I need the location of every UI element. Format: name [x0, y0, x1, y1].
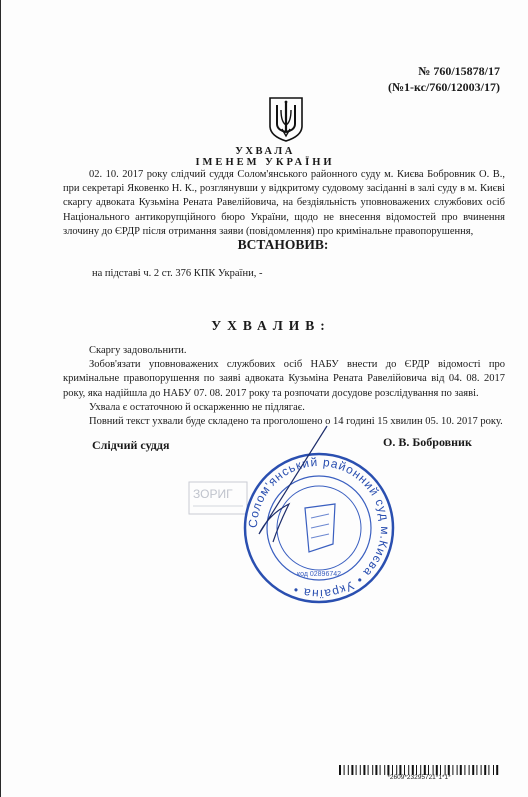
resolved-paragraph: Ухвала є остаточною й оскарженню не підл… — [63, 401, 505, 415]
resolved-paragraphs: Скаргу задовольнити. Зобов'язати уповнов… — [63, 344, 505, 429]
barcode-text: *2609*23295721*1*1* — [339, 774, 499, 781]
intro-paragraph: 02. 10. 2017 року слідчий суддя Солом'ян… — [63, 168, 505, 239]
court-decision-page: № 760/15878/17 (№1-кс/760/12003/17) УХВА… — [0, 0, 528, 797]
heading-decision: УХВАЛА — [1, 146, 528, 157]
trident-icon — [268, 96, 304, 142]
established-basis: на підставі ч. 2 ст. 376 КПК України, - — [92, 268, 262, 279]
signature-icon — [239, 424, 339, 544]
resolved-paragraph: Скаргу задовольнити. — [63, 344, 505, 358]
resolved-paragraph: Зобов'язати уповноважених службових осіб… — [63, 358, 505, 401]
case-numbers: № 760/15878/17 (№1-кс/760/12003/17) — [388, 63, 500, 95]
section-established-title: ВСТАНОВИВ: — [19, 237, 528, 253]
case-number: № 760/15878/17 — [388, 63, 500, 79]
signature-role: Слідчий суддя — [92, 438, 169, 453]
svg-text:ЗОРИГ: ЗОРИГ — [193, 487, 233, 501]
proceeding-number: (№1-кс/760/12003/17) — [388, 79, 500, 95]
svg-text:код 02896742: код 02896742 — [297, 571, 341, 578]
heading-in-name-of-ukraine: ІМЕНЕМ УКРАЇНИ — [1, 157, 528, 168]
section-resolved-title: УХВАЛИВ: — [7, 318, 528, 334]
